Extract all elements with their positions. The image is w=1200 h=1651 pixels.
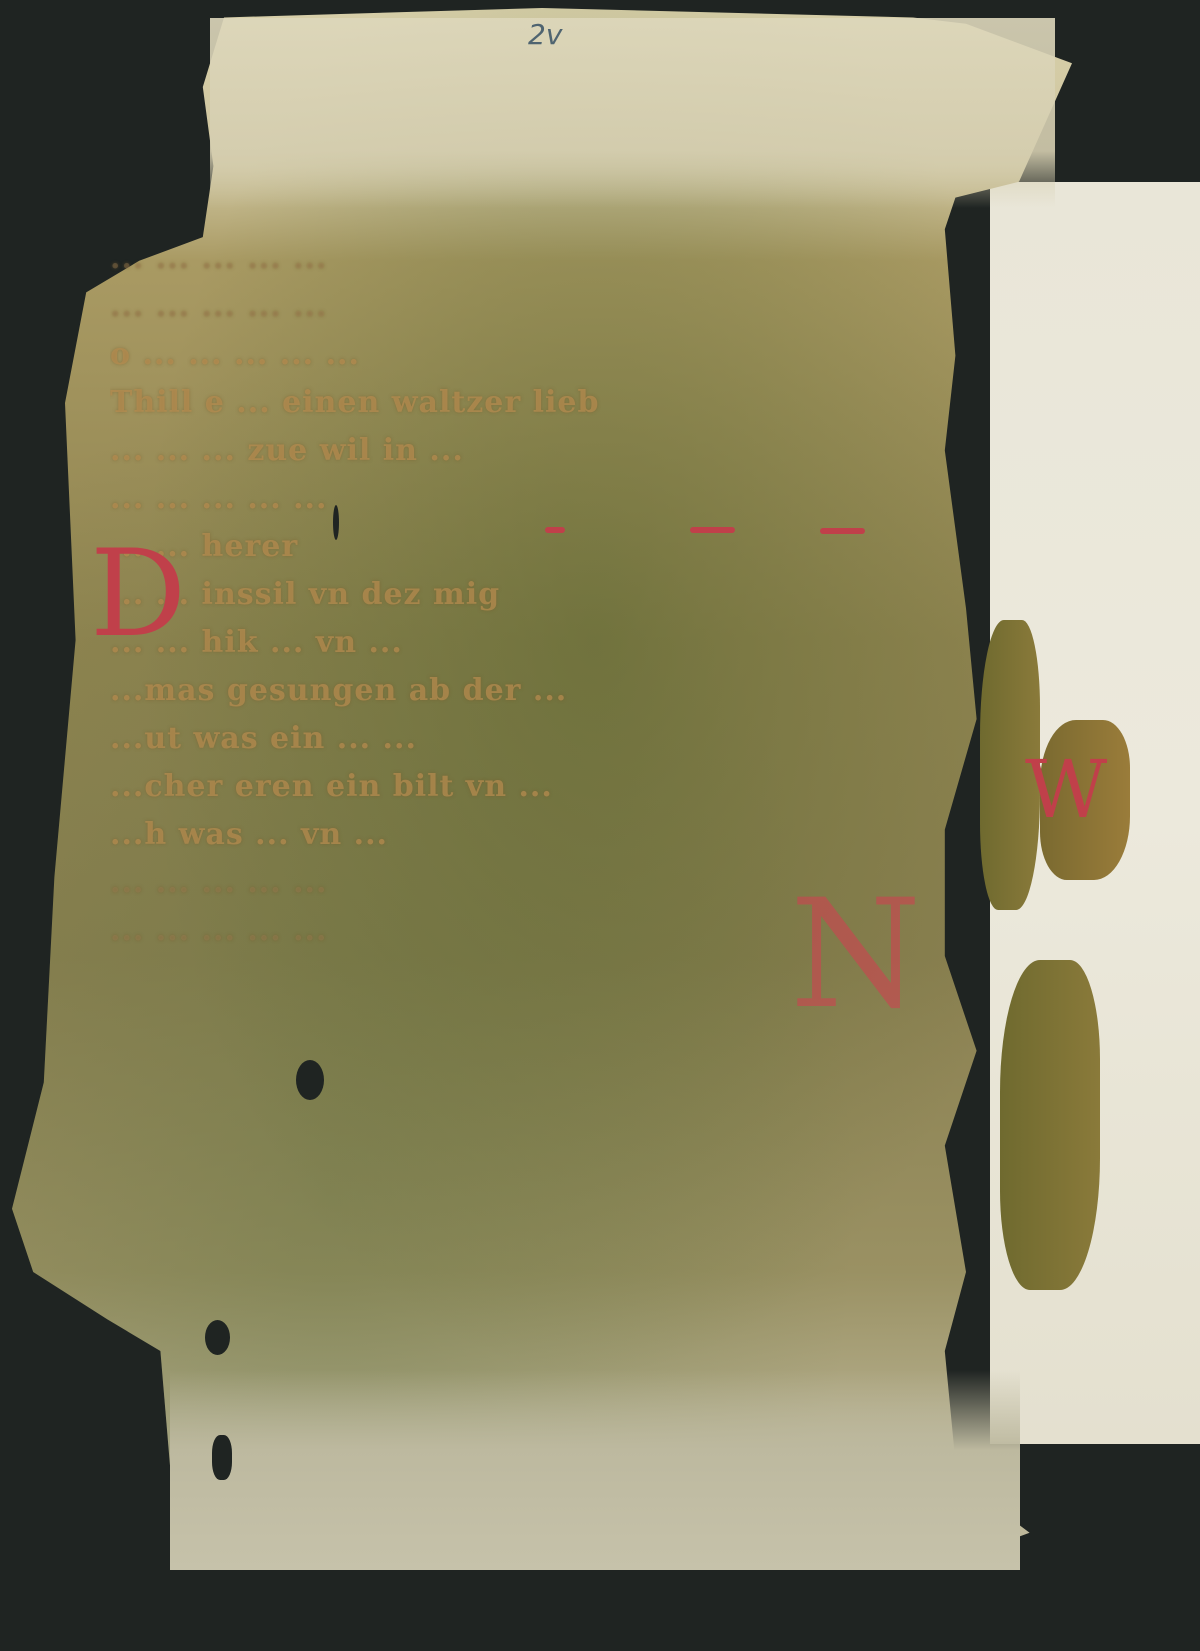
upper-margin (210, 18, 1055, 208)
text-line: ... ... ... zue wil in ... (110, 427, 910, 475)
text-line: ...h was ... vn ... (110, 811, 910, 859)
text-line: ... ... ... ... ... (110, 475, 910, 523)
rubric-mark (545, 527, 565, 533)
worm-hole (212, 1435, 232, 1480)
worm-hole (296, 1060, 324, 1100)
text-line: ...ut was ein ... ... (110, 715, 910, 763)
lower-margin (170, 1370, 1020, 1570)
slit (333, 505, 339, 540)
text-line: ... ... herer (110, 523, 910, 571)
text-block: ... ... ... ... ... ... ... ... ... ... … (110, 235, 910, 955)
rubric-mark (820, 528, 865, 534)
text-line: o ... ... ... ... ... (110, 331, 910, 379)
torn-fragment (1000, 960, 1100, 1290)
text-line: ...cher eren ein bilt vn ... (110, 763, 910, 811)
folio-mark: 2v (528, 18, 562, 51)
text-line: ... ... ... ... ... (110, 235, 910, 283)
text-line: ...mas gesungen ab der ... (110, 667, 910, 715)
text-line: ... ... hik ... vn ... (110, 619, 910, 667)
worm-hole (205, 1320, 230, 1355)
rubric-mark (690, 527, 735, 533)
text-line: Thill e ... einen waltzer lieb (110, 379, 910, 427)
rubricated-initial-n: N (790, 880, 921, 1030)
rubricated-initial-d: D (90, 535, 186, 655)
rubricated-initial-w: W (1025, 750, 1107, 830)
text-line: ... ... inssil vn dez mig (110, 571, 910, 619)
text-line: ... ... ... ... ... (110, 283, 910, 331)
